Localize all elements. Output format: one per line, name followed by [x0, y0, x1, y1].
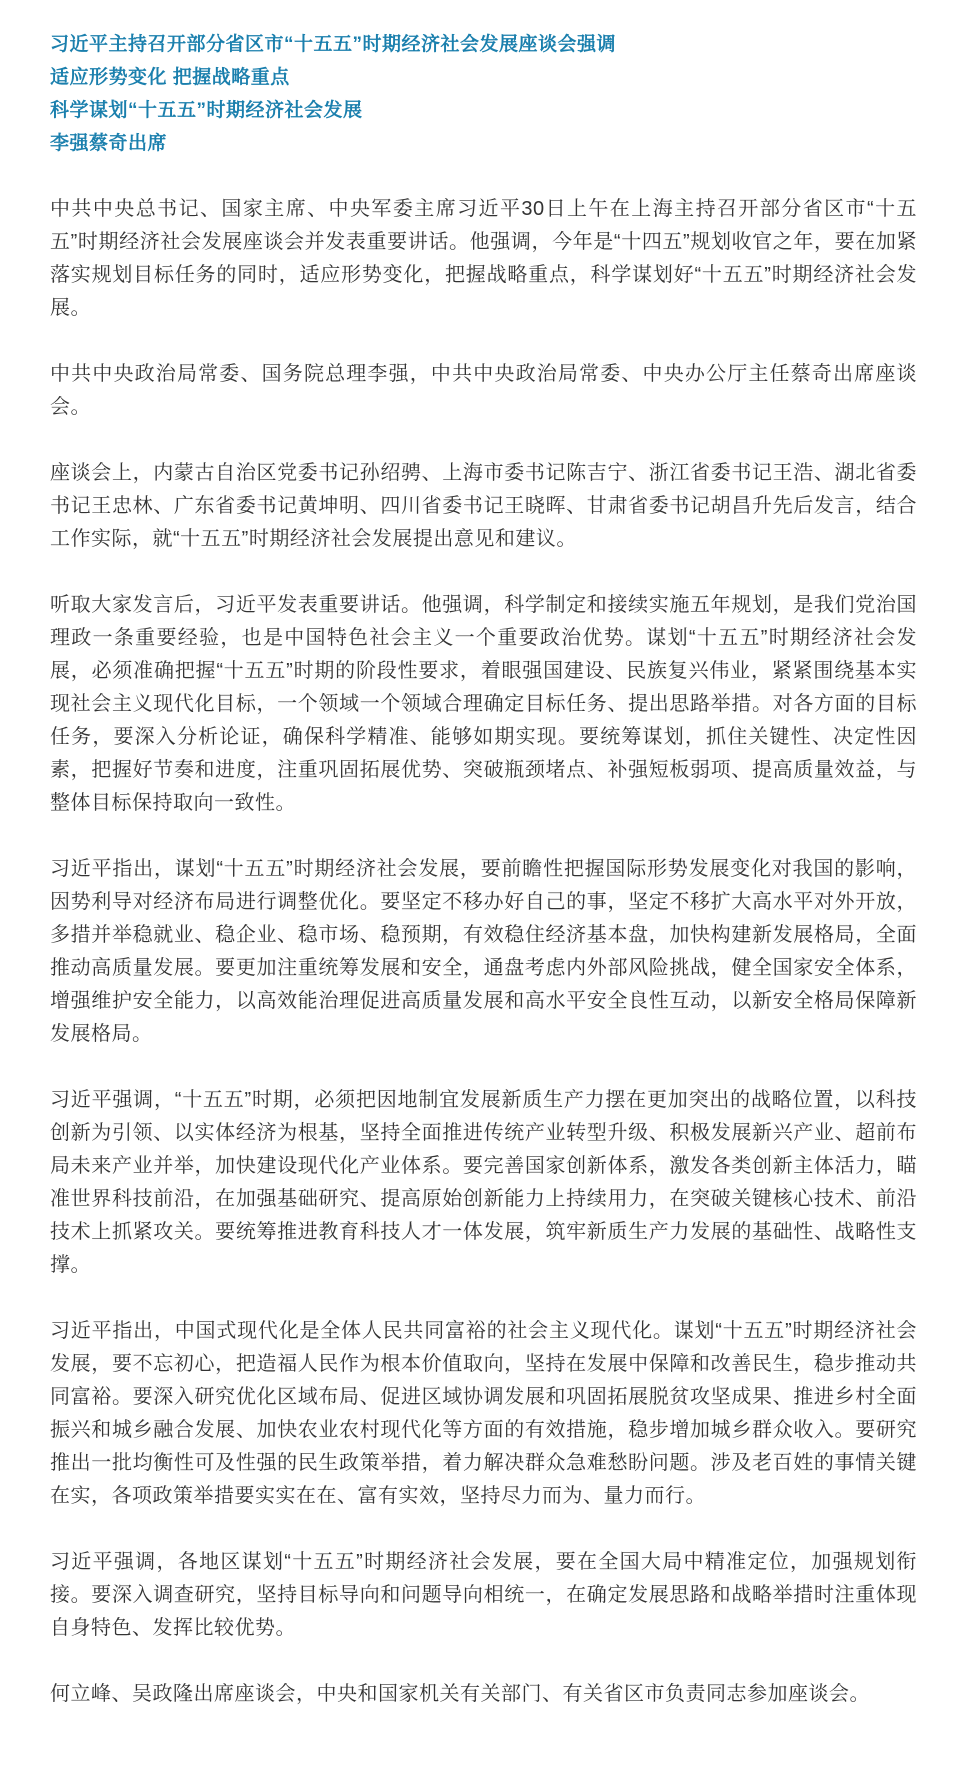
article-title-line-4: 李强蔡奇出席 — [50, 127, 917, 160]
article-title: 习近平主持召开部分省区市“十五五”时期经济社会发展座谈会强调 适应形势变化 把握… — [50, 28, 917, 160]
article-paragraph-9: 何立峰、吴政隆出席座谈会，中央和国家机关有关部门、有关省区市负责同志参加座谈会。 — [50, 1678, 917, 1711]
article-title-line-1: 习近平主持召开部分省区市“十五五”时期经济社会发展座谈会强调 — [50, 28, 917, 61]
article-paragraph-5: 习近平指出，谋划“十五五”时期经济社会发展，要前瞻性把握国际形势发展变化对我国的… — [50, 853, 917, 1051]
article-paragraph-1: 中共中央总书记、国家主席、中央军委主席习近平30日上午在上海主持召开部分省区市“… — [50, 193, 917, 325]
article-title-line-2: 适应形势变化 把握战略重点 — [50, 61, 917, 94]
article: 习近平主持召开部分省区市“十五五”时期经济社会发展座谈会强调 适应形势变化 把握… — [0, 0, 963, 1731]
article-paragraph-2: 中共中央政治局常委、国务院总理李强，中共中央政治局常委、中央办公厅主任蔡奇出席座… — [50, 358, 917, 424]
article-paragraph-6: 习近平强调，“十五五”时期，必须把因地制宜发展新质生产力摆在更加突出的战略位置，… — [50, 1084, 917, 1282]
article-paragraph-4: 听取大家发言后，习近平发表重要讲话。他强调，科学制定和接续实施五年规划，是我们党… — [50, 589, 917, 820]
article-paragraph-3: 座谈会上，内蒙古自治区党委书记孙绍骋、上海市委书记陈吉宁、浙江省委书记王浩、湖北… — [50, 457, 917, 556]
article-paragraph-7: 习近平指出，中国式现代化是全体人民共同富裕的社会主义现代化。谋划“十五五”时期经… — [50, 1315, 917, 1513]
article-title-line-3: 科学谋划“十五五”时期经济社会发展 — [50, 94, 917, 127]
article-body: 中共中央总书记、国家主席、中央军委主席习近平30日上午在上海主持召开部分省区市“… — [50, 193, 917, 1711]
article-paragraph-8: 习近平强调，各地区谋划“十五五”时期经济社会发展，要在全国大局中精准定位，加强规… — [50, 1546, 917, 1645]
